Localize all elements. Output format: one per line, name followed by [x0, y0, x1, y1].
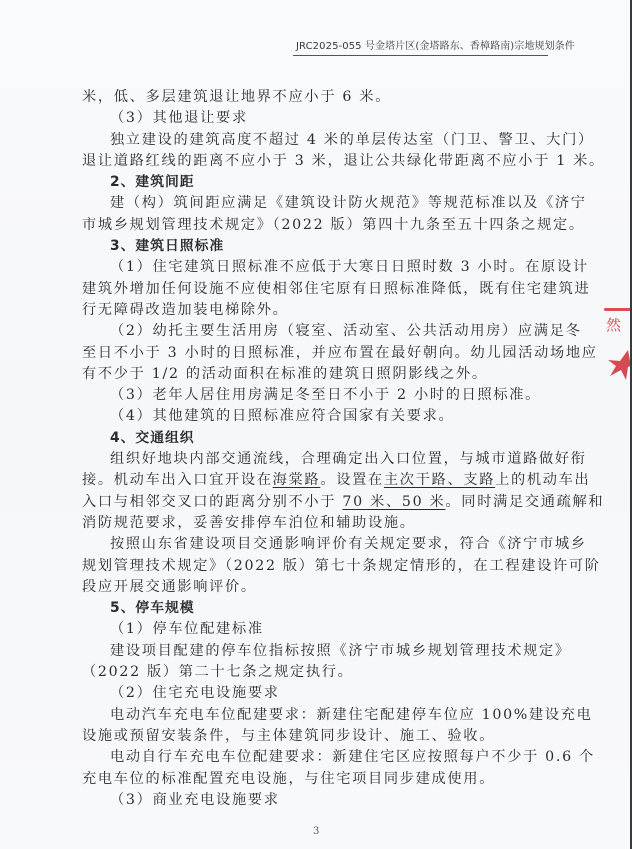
text-line: （2）住宅充电设施要求 — [82, 683, 564, 704]
text-line: 米，低、多层建筑退让地界不应小于 6 米。 — [82, 87, 564, 108]
text-segment: 上的机动车出 — [495, 472, 590, 488]
text-line: （1）停车位配建标准 — [82, 619, 564, 640]
text-line: 退让道路红线的距离不应小于 3 米，退让公共绿化带距离不应小于 1 米。 — [82, 151, 564, 172]
section-heading: 4、交通组织 — [82, 428, 564, 449]
text-line: 电动自行车充电车位配建要求：新建住宅区应按照每户不少于 0.6 个 — [82, 747, 564, 768]
text-line: （2022 版）第二十七条之规定执行。 — [82, 662, 564, 683]
underlined-text: 70 米、50 米 — [342, 494, 445, 510]
text-line: 组织好地块内部交通流线，合理确定出入口位置，与城市道路做好衔 — [82, 449, 564, 470]
text-line: 规划管理技术规定》（2022 版）第七十条规定情形的，在工程建设许可阶 — [82, 556, 564, 577]
text-line: 按照山东省建设项目交通影响评价有关规定要求，符合《济宁市城乡 — [82, 534, 564, 555]
text-line: 市城乡规划管理技术规定》（2022 版）第四十九条至五十四条之规定。 — [82, 215, 564, 236]
section-heading: 2、建筑间距 — [82, 172, 564, 193]
text-line: （3）老年人居住用房满足冬至日不小于 2 小时的日照标准。 — [82, 385, 564, 406]
text-line: （2）幼托主要生活用房（寝室、活动室、公共活动用房）应满足冬 — [82, 321, 564, 342]
text-line: （4）其他建筑的日照标准应符合国家有关要求。 — [82, 406, 564, 427]
seal-border-arc — [604, 308, 632, 311]
official-seal-stamp: 然 — [596, 300, 632, 390]
section-heading: 3、建筑日照标准 — [82, 236, 564, 257]
text-segment: 入口与相邻交叉口的距离分别不小于 — [82, 494, 342, 510]
text-segment: 接。机动车出入口宜开设在 — [82, 472, 273, 488]
document-body: 米，低、多层建筑退让地界不应小于 6 米。（3）其他退让要求独立建设的建筑高度不… — [82, 87, 564, 811]
text-line: 独立建设的建筑高度不超过 4 米的单层传达室（门卫、警卫、大门） — [82, 130, 564, 151]
seal-text: 然 — [606, 314, 621, 335]
text-line: 电动汽车充电车位配建要求：新建住宅配建停车位应 100%建设充电 — [82, 705, 564, 726]
text-line: 建筑外增加任何设施不应使相邻住宅原有日照标准降低，既有住宅建筑进 — [82, 279, 564, 300]
text-line: （3）其他退让要求 — [82, 108, 564, 129]
text-line: 消防规范要求，妥善安排停车泊位和辅助设施。 — [82, 513, 564, 534]
document-page: JRC2025-055 号金塔片区(金塔路东、香樟路南)宗地规划条件 米，低、多… — [0, 0, 632, 849]
page-number: 3 — [313, 826, 319, 837]
text-line: 有不少于 1/2 的活动面积在标准的建筑日照阴影线之外。 — [82, 364, 564, 385]
document-header: JRC2025-055 号金塔片区(金塔路东、香樟路南)宗地规划条件 — [296, 37, 550, 55]
text-segment: 。同时满足交通疏解和 — [445, 494, 604, 510]
underlined-text: 主次干路、支路 — [384, 472, 495, 488]
text-line: 接。机动车出入口宜开设在海棠路。设置在主次干路、支路上的机动车出 — [82, 470, 564, 491]
text-segment: 。设置在 — [320, 472, 384, 488]
text-line: （1）住宅建筑日照标准不应低于大寒日日照时数 3 小时。在原设计 — [82, 257, 564, 278]
text-line: 建设项目配建的停车位指标按照《济宁市城乡规划管理技术规定》 — [82, 641, 564, 662]
text-line: 行无障碍改造加装电梯除外。 — [82, 300, 564, 321]
text-line: 充电车位的标准配置充电设施，与住宅项目同步建成使用。 — [82, 769, 564, 790]
text-line: 建（构）筑间距应满足《建筑设计防火规范》等规范标准以及《济宁 — [82, 193, 564, 214]
text-line: （3）商业充电设施要求 — [82, 790, 564, 811]
text-line: 段应开展交通影响评价。 — [82, 577, 564, 598]
text-line: 入口与相邻交叉口的距离分别不小于 70 米、50 米。同时满足交通疏解和 — [82, 492, 564, 513]
header-divider — [293, 55, 548, 56]
text-line: 设施或预留安装条件，与主体建筑同步设计、施工、验收。 — [82, 726, 564, 747]
seal-star-icon — [606, 350, 632, 380]
text-line: 至日不小于 3 小时的日照标准，并应布置在最好朝向。幼儿园活动场地应 — [82, 343, 564, 364]
section-heading: 5、停车规模 — [82, 598, 564, 619]
underlined-text: 海棠路 — [273, 472, 321, 488]
